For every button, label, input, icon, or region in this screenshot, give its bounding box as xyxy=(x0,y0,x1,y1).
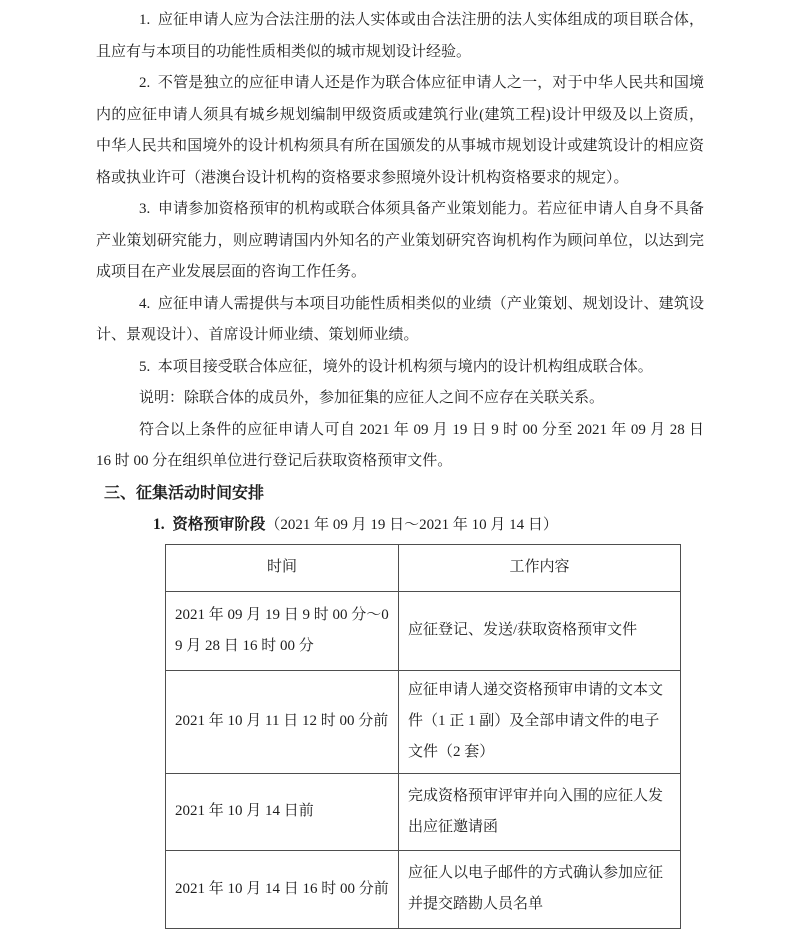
paragraph-requirement-4: 4. 应征申请人需提供与本项目功能性质相类似的业绩（产业策划、规划设计、建筑设计… xyxy=(96,289,704,352)
paragraph-requirement-1: 1. 应征申请人应为合法注册的法人实体或由合法注册的法人实体组成的项目联合体，且… xyxy=(96,5,704,68)
table-row: 2021 年 10 月 14 日前 完成资格预审评审并向入围的应征人发出应征邀请… xyxy=(166,773,681,850)
table-row: 2021 年 10 月 14 日 16 时 00 分前 应征人以电子邮件的方式确… xyxy=(166,850,681,928)
table-row: 2021 年 09 月 19 日 9 时 00 分～09 月 28 日 16 时… xyxy=(166,591,681,670)
task-cell: 应征登记、发送/获取资格预审文件 xyxy=(399,591,681,670)
time-cell: 2021 年 10 月 14 日前 xyxy=(166,773,399,850)
document-page: 1. 应征申请人应为合法注册的法人实体或由合法注册的法人实体组成的项目联合体，且… xyxy=(0,0,800,929)
stage-dates: （2021 年 09 月 19 日～2021 年 10 月 14 日） xyxy=(265,517,558,533)
stage-label: 1. 资格预审阶段 xyxy=(153,516,265,533)
time-cell: 2021 年 10 月 14 日 16 时 00 分前 xyxy=(166,850,399,928)
schedule-table: 时间 工作内容 2021 年 09 月 19 日 9 时 00 分～09 月 2… xyxy=(165,544,681,929)
paragraph-requirement-5: 5. 本项目接受联合体应征，境外的设计机构须与境内的设计机构组成联合体。 xyxy=(96,352,704,384)
stage-title-line: 1. 资格预审阶段（2021 年 09 月 19 日～2021 年 10 月 1… xyxy=(96,509,704,542)
task-cell: 应征申请人递交资格预审申请的文本文件（1 正 1 副）及全部申请文件的电子文件（… xyxy=(399,670,681,773)
task-cell: 应征人以电子邮件的方式确认参加应征并提交踏勘人员名单 xyxy=(399,850,681,928)
table-row: 2021 年 10 月 11 日 12 时 00 分前 应征申请人递交资格预审申… xyxy=(166,670,681,773)
paragraph-registration-period: 符合以上条件的应征申请人可自 2021 年 09 月 19 日 9 时 00 分… xyxy=(96,415,704,478)
paragraph-requirement-2: 2. 不管是独立的应征申请人还是作为联合体应征申请人之一，对于中华人民共和国境内… xyxy=(96,68,704,194)
task-cell: 完成资格预审评审并向入围的应征人发出应征邀请函 xyxy=(399,773,681,850)
time-cell: 2021 年 09 月 19 日 9 时 00 分～09 月 28 日 16 时… xyxy=(166,591,399,670)
paragraph-requirement-3: 3. 申请参加资格预审的机构或联合体须具备产业策划能力。若应征申请人自身不具备产… xyxy=(96,194,704,289)
table-header-row: 时间 工作内容 xyxy=(166,544,681,591)
paragraph-note: 说明：除联合体的成员外，参加征集的应征人之间不应存在关联关系。 xyxy=(96,383,704,415)
column-header-task: 工作内容 xyxy=(399,544,681,591)
column-header-time: 时间 xyxy=(166,544,399,591)
section-heading-schedule: 三、征集活动时间安排 xyxy=(96,478,704,510)
time-cell: 2021 年 10 月 11 日 12 时 00 分前 xyxy=(166,670,399,773)
